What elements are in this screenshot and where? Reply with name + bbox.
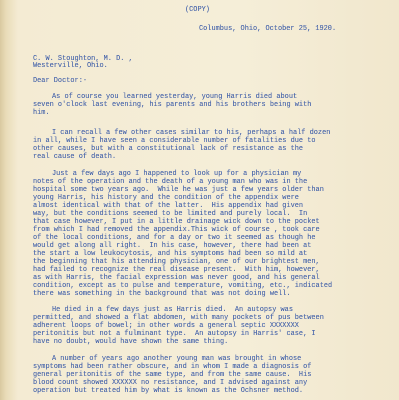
paragraph-3-line: would get along all right. In his case, … [33,242,311,250]
paragraph-1-line: As of course you learned yesterday, youn… [52,93,297,101]
paragraph-3-line: way, but the conditions seemed to be lim… [33,210,307,218]
paragraph-3-line: that case however, I put in a little dra… [33,218,320,226]
paragraph-2-line: real cause of death. [33,153,116,161]
paragraph-3-line: hospital some two years ago. While he wa… [33,186,324,194]
paragraph-3-line: condition, except as to pulse and temper… [33,282,332,290]
salutation: Dear Doctor:- [33,77,87,85]
copy-header: (COPY) [185,6,210,14]
paragraph-3-line: the start a low leukocytosis, and his sy… [33,250,307,258]
paragraph-2-line: I can recall a few other cases similar t… [52,129,330,137]
paragraph-5-line: operation but treated him by what is kno… [33,387,303,395]
paragraph-3-line: notes of the operation and the death of … [33,178,307,186]
paragraph-3-line: Just a few days ago I happened to look u… [52,170,301,178]
paragraph-4-line: have no doubt, would have shown the same… [33,338,228,346]
paragraph-2-line: other causes, but with a constitutional … [33,145,303,153]
paragraph-5-line: A number of years ago another young man … [52,355,301,363]
paragraph-2-line: in all, while I have seen a considerable… [33,137,316,145]
paragraph-3-line: as with Harris, the facial expression wa… [33,274,320,282]
paragraph-3-line: almost identical with that of the latter… [33,202,303,210]
paragraph-3-line: there was something in the background th… [33,290,291,298]
paragraph-3-line: from which I had removed the appendix.Th… [33,226,320,234]
paragraph-4-line: adherent loops of bowel; in other words … [33,322,299,330]
paragraph-4-line: peritonitis but not a fulminant type. An… [33,330,316,338]
dateline: Columbus, Ohio, October 25, 1920. [199,25,336,33]
addressee-city: Westerville, Ohio. [33,62,108,70]
scanned-letter-page: (COPY) Columbus, Ohio, October 25, 1920.… [0,0,399,400]
paragraph-3-line: the beginning that his attending physici… [33,258,320,266]
paragraph-4-line: permitted, and showed a flat abdomen, wi… [33,314,324,322]
paragraph-5-line: blood count showed XXXXXX no resistance,… [33,379,307,387]
paragraph-1-line: seven o'clock last evening, his parents … [33,101,311,109]
paragraph-5-line: symptoms had been rather obscure, and in… [33,363,311,371]
paragraph-4-line: He died in a few days just as Harris die… [52,306,293,314]
paragraph-1-line: him. [33,109,50,117]
paragraph-5-line: general peritonitis of the same type, an… [33,371,311,379]
paragraph-3-line: young Harris, his history and the condit… [33,194,299,202]
paragraph-3-line: of the local conditions, and for a day o… [33,234,316,242]
paragraph-3-line: had failed to recognize the real disease… [33,266,320,274]
